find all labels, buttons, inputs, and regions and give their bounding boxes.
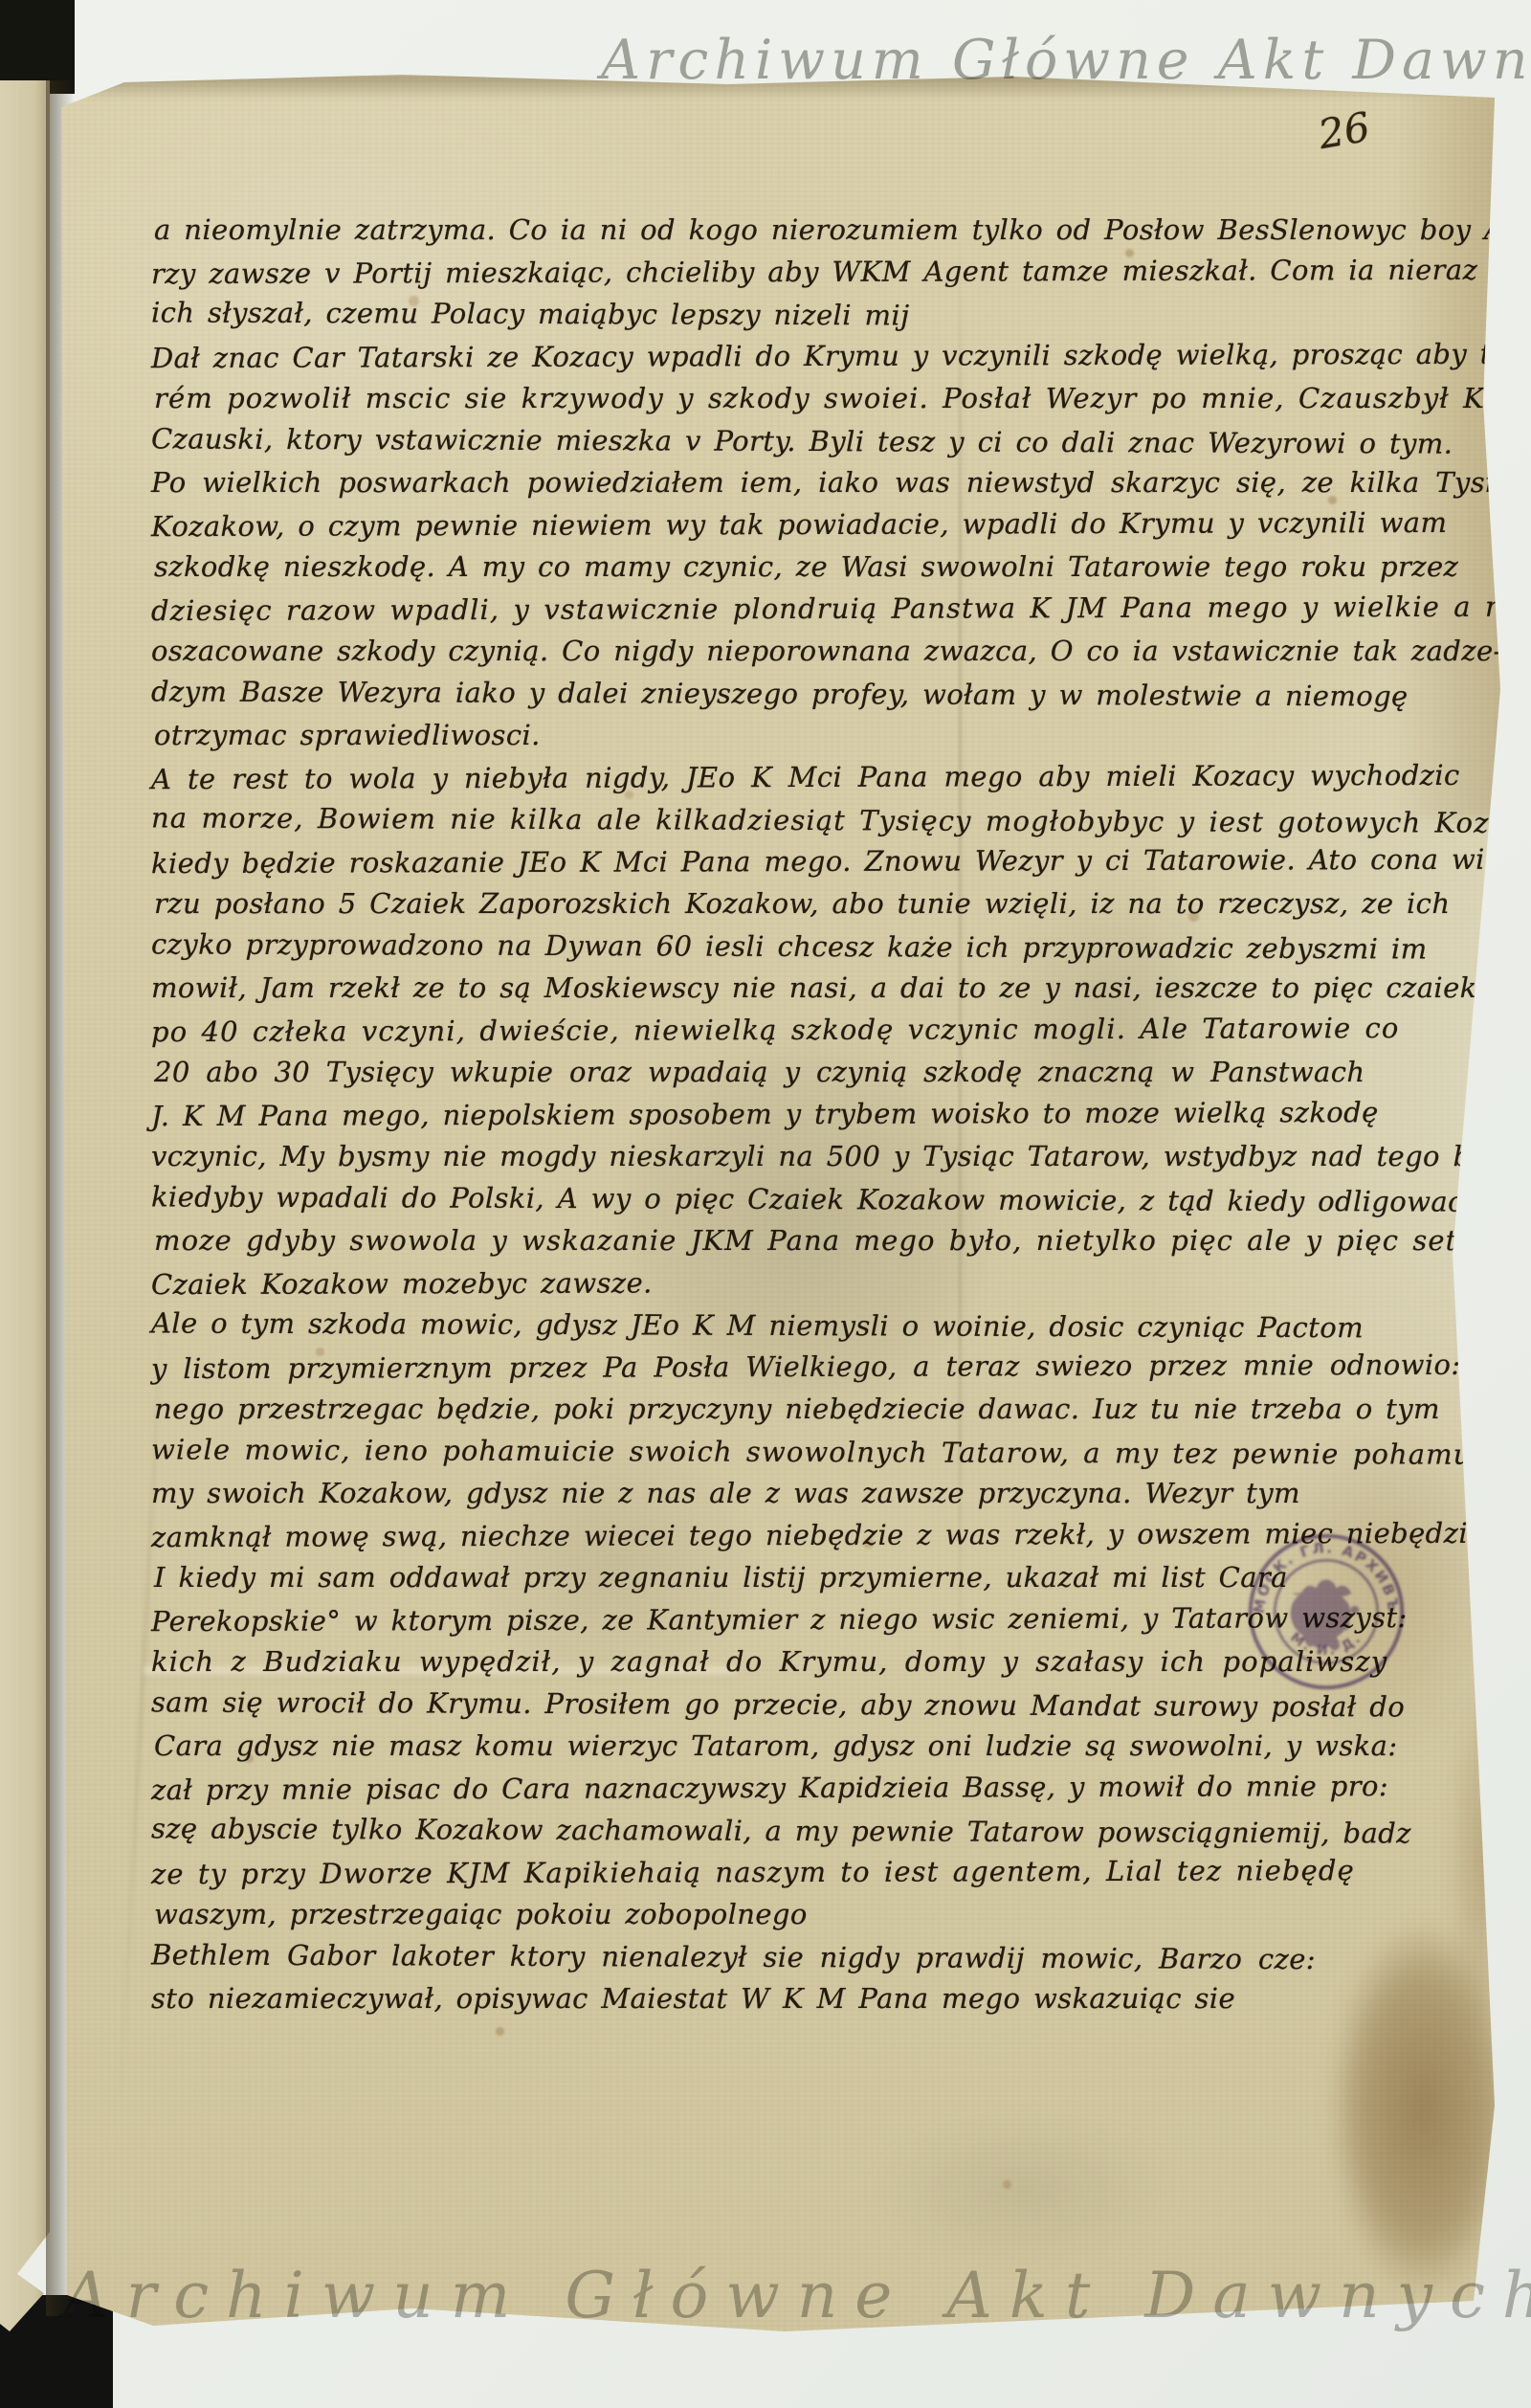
archive-scan: 26 a nieomylnie zatrzyma. Co ia ni od ko… [0, 0, 1531, 2408]
manuscript-line: czyko przyprowadzono na Dywan 60 iesli c… [151, 923, 1443, 970]
manuscript-line: rém pozwolił mscic sie krzywody y szkody… [154, 377, 1446, 419]
manuscript-line: rzy zawsze v Portij mieszkaiąc, chcielib… [151, 249, 1443, 295]
manuscript-line: Czauski, ktory vstawicznie mieszka v Por… [151, 417, 1443, 464]
manuscript-line: dziesięc razow wpadli, y vstawicznie plo… [151, 586, 1443, 632]
archive-stamp: МОСК. ГЛ. АРХИВЪ М. И. Д. [1242, 1527, 1410, 1696]
manuscript-line: vczynic, My bysmy nie mogdy nieskarzyli … [151, 1135, 1443, 1177]
manuscript-line: Cara gdysz nie masz komu wierzyc Tatarom… [154, 1725, 1446, 1767]
manuscript-line: Bethlem Gabor lakoter ktory nienalezył s… [151, 1933, 1443, 1980]
manuscript-line: kiedy będzie roskazanie JEo K Mci Pana m… [151, 838, 1443, 884]
manuscript-text: a nieomylnie zatrzyma. Co ia ni od kogo … [151, 209, 1443, 2019]
manuscript-line: szę abyscie tylko Kozakow zachamowali, a… [151, 1807, 1443, 1854]
manuscript-line: Czaiek Kozakow mozebyc zawsze. [151, 1260, 1443, 1305]
manuscript-line: mowił, Jam rzekł ze to są Moskiewscy nie… [151, 967, 1443, 1009]
archive-watermark-bottom: Archiwum Główne Akt Dawnych [63, 2259, 1531, 2332]
manuscript-line: nego przestrzegac będzie, poki przyczyny… [154, 1388, 1446, 1430]
page-number: 26 [1315, 103, 1373, 159]
manuscript-line: moze gdyby swowola y wskazanie JKM Pana … [154, 1219, 1446, 1261]
manuscript-line: Po wielkich poswarkach powiedziałem iem,… [151, 461, 1443, 503]
manuscript-line: Kozakow, o czym pewnie niewiem wy tak po… [151, 502, 1443, 547]
manuscript-line: kiedyby wpadali do Polski, A wy o pięc C… [151, 1175, 1443, 1222]
manuscript-line: y listom przymierznym przez Pa Posła Wie… [151, 1344, 1443, 1390]
manuscript-line: zał przy mnie pisac do Cara naznaczywszy… [151, 1765, 1443, 1811]
manuscript-line: waszym, przestrzegaiąc pokoiu zobopolneg… [154, 1893, 1446, 1935]
manuscript-line: szkodkę nieszkodę. A my co mamy czynic, … [154, 546, 1446, 588]
manuscript-line: sto niezamieczywał, opisywac Maiestat W … [151, 1977, 1443, 2019]
adjacent-page-edge [0, 80, 50, 2339]
manuscript-line: oszacowane szkody czynią. Co nigdy niepo… [151, 630, 1443, 672]
manuscript-line: Ale o tym szkoda mowic, gdysz JEo K M ni… [151, 1302, 1443, 1349]
manuscript-line: a nieomylnie zatrzyma. Co ia ni od kogo … [154, 209, 1446, 251]
manuscript-line: J. K M Pana mego, niepolskiem sposobem y… [151, 1091, 1443, 1137]
manuscript-line: rzu posłano 5 Czaiek Zaporozskich Kozako… [154, 882, 1446, 925]
manuscript-line: 20 abo 30 Tysięcy wkupie oraz wpadaią y … [154, 1051, 1446, 1093]
manuscript-line: na morze, Bowiem nie kilka ale kilkadzie… [151, 796, 1443, 843]
archive-watermark-top: Archiwum Główne Akt Dawnych [601, 29, 1531, 92]
manuscript-line: A te rest to wola y niebyła nigdy, JEo K… [151, 754, 1443, 800]
manuscript-line: my swoich Kozakow, gdysz nie z nas ale z… [151, 1472, 1443, 1514]
manuscript-line: wiele mowic, ieno pohamuicie swoich swow… [151, 1428, 1443, 1475]
manuscript-line: ich słyszał, czemu Polacy maiąbyc lepszy… [151, 291, 1443, 338]
manuscript-page: 26 a nieomylnie zatrzyma. Co ia ni od ko… [0, 0, 1531, 2408]
manuscript-line: dzym Basze Wezyra iako y dalei znieyszeg… [151, 670, 1443, 717]
manuscript-line: po 40 człeka vczyni, dwieście, niewielką… [151, 1007, 1443, 1053]
manuscript-line: ze ty przy Dworze KJM Kapikiehaią naszym… [151, 1849, 1443, 1895]
manuscript-line: otrzymac sprawiedliwosci. [154, 714, 1446, 756]
manuscript-line: Dał znac Car Tatarski ze Kozacy wpadli d… [151, 333, 1443, 379]
